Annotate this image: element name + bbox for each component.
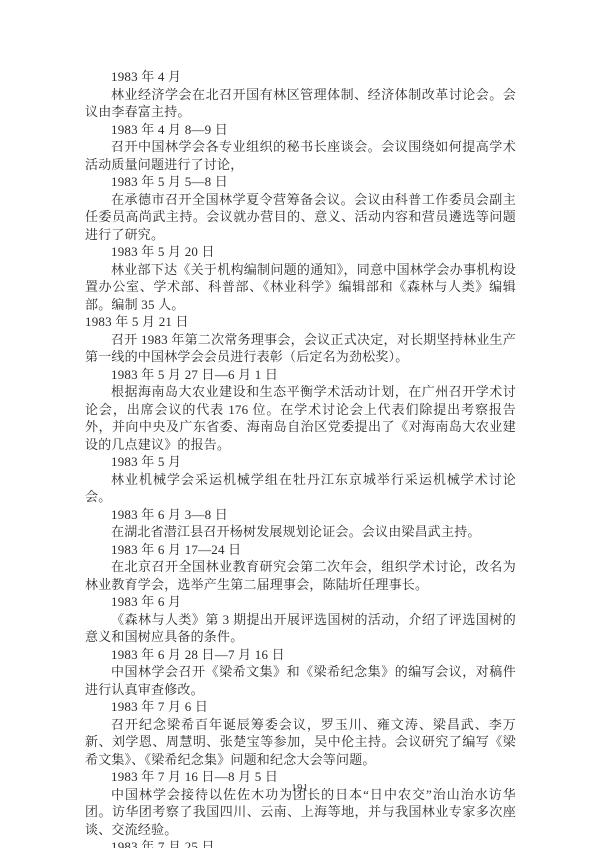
entry-body-text: 林业经济学会在北召开国有林区管理体制、经济体制改革讨论会。会议由李春富主持。: [85, 86, 516, 121]
entry-date-heading: 1983 年 7 月 6 日: [85, 698, 516, 716]
chronicle-entry: 1983 年 7 月 16 日—8 月 5 日 中国林学会接待以佐佐木功为团长的…: [85, 768, 516, 838]
chronicle-entry: 1983 年 6 月 《森林与人类》第 3 期提出开展评选国树的活动，介绍了评选…: [85, 593, 516, 646]
entry-date-heading: 1983 年 5 月 21 日: [85, 313, 516, 331]
entry-date-heading: 1983 年 7 月 25 日: [85, 838, 516, 848]
document-page: 1983 年 4 月 林业经济学会在北召开国有林区管理体制、经济体制改革讨论会。…: [0, 0, 600, 848]
entry-body-text: 召开中国林学会各专业组织的秘书长座谈会。会议围绕如何提高学术活动质量问题进行了讨…: [85, 138, 516, 173]
entry-date-heading: 1983 年 5 月 27 日—6 月 1 日: [85, 366, 516, 384]
chronicle-entry: 1983 年 5 月 27 日—6 月 1 日 根据海南岛大农业建设和生态平衡学…: [85, 366, 516, 454]
entry-body-text: 林业机械学会采运机械学组在牡丹江东京城举行采运机械学术讨论会。: [85, 471, 516, 506]
entry-date-heading: 1983 年 6 月 3—8 日: [85, 506, 516, 524]
chronicle-entry: 1983 年 7 月 25 日: [85, 838, 516, 848]
page-number: 191: [0, 783, 600, 794]
chronicle-entry: 1983 年 5 月 21 日 召开 1983 年第二次常务理事会，会议正式决定…: [85, 313, 516, 366]
entry-body-text: 根据海南岛大农业建设和生态平衡学术活动计划，在广州召开学术讨论会，出席会议的代表…: [85, 383, 516, 453]
chronology-text-block: 1983 年 4 月 林业经济学会在北召开国有林区管理体制、经济体制改革讨论会。…: [85, 68, 516, 848]
entry-body-text: 召开纪念梁希百年诞辰筹委会议，罗玉川、雍文涛、梁昌武、李万新、刘学恩、周慧明、张…: [85, 716, 516, 769]
chronicle-entry: 1983 年 4 月 林业经济学会在北召开国有林区管理体制、经济体制改革讨论会。…: [85, 68, 516, 121]
entry-date-heading: 1983 年 5 月: [85, 453, 516, 471]
entry-date-heading: 1983 年 6 月: [85, 593, 516, 611]
entry-date-heading: 1983 年 4 月: [85, 68, 516, 86]
chronicle-entry: 1983 年 6 月 3—8 日 在湖北省潜江县召开杨树发展规划论证会。会议由梁…: [85, 506, 516, 541]
entry-date-heading: 1983 年 4 月 8—9 日: [85, 121, 516, 139]
chronicle-entry: 1983 年 4 月 8—9 日 召开中国林学会各专业组织的秘书长座谈会。会议围…: [85, 121, 516, 174]
entry-date-heading: 1983 年 6 月 17—24 日: [85, 541, 516, 559]
entry-body-text: 在承德市召开全国林学夏令营筹备会议。会议由科普工作委员会副主任委员高尚武主持。会…: [85, 191, 516, 244]
chronicle-entry: 1983 年 5 月 20 日 林业部下达《关于机构编制问题的通知》，同意中国林…: [85, 243, 516, 313]
entry-body-text: 在湖北省潜江县召开杨树发展规划论证会。会议由梁昌武主持。: [85, 523, 516, 541]
entry-date-heading: 1983 年 5 月 5—8 日: [85, 173, 516, 191]
chronicle-entry: 1983 年 5 月 林业机械学会采运机械学组在牡丹江东京城举行采运机械学术讨论…: [85, 453, 516, 506]
entry-body-text: 林业部下达《关于机构编制问题的通知》，同意中国林学会办事机构设置办公室、学术部、…: [85, 261, 516, 314]
entry-date-heading: 1983 年 5 月 20 日: [85, 243, 516, 261]
chronicle-entry: 1983 年 6 月 17—24 日 在北京召开全国林业教育研究会第二次年会，组…: [85, 541, 516, 594]
entry-body-text: 召开 1983 年第二次常务理事会，会议正式决定，对长期坚持林业生产第一线的中国…: [85, 331, 516, 366]
chronicle-entry: 1983 年 6 月 28 日—7 月 16 日 中国林学会召开《梁希文集》和《…: [85, 646, 516, 699]
chronicle-entry: 1983 年 5 月 5—8 日 在承德市召开全国林学夏令营筹备会议。会议由科普…: [85, 173, 516, 243]
chronicle-entry: 1983 年 7 月 6 日 召开纪念梁希百年诞辰筹委会议，罗玉川、雍文涛、梁昌…: [85, 698, 516, 768]
entry-body-text: 在北京召开全国林业教育研究会第二次年会，组织学术讨论，改名为林业教育学会，选举产…: [85, 558, 516, 593]
entry-date-heading: 1983 年 6 月 28 日—7 月 16 日: [85, 646, 516, 664]
entry-body-text: 《森林与人类》第 3 期提出开展评选国树的活动，介绍了评选国树的意义和国树应具备…: [85, 611, 516, 646]
entry-body-text: 中国林学会召开《梁希文集》和《梁希纪念集》的编写会议，对稿件进行认真审查修改。: [85, 663, 516, 698]
